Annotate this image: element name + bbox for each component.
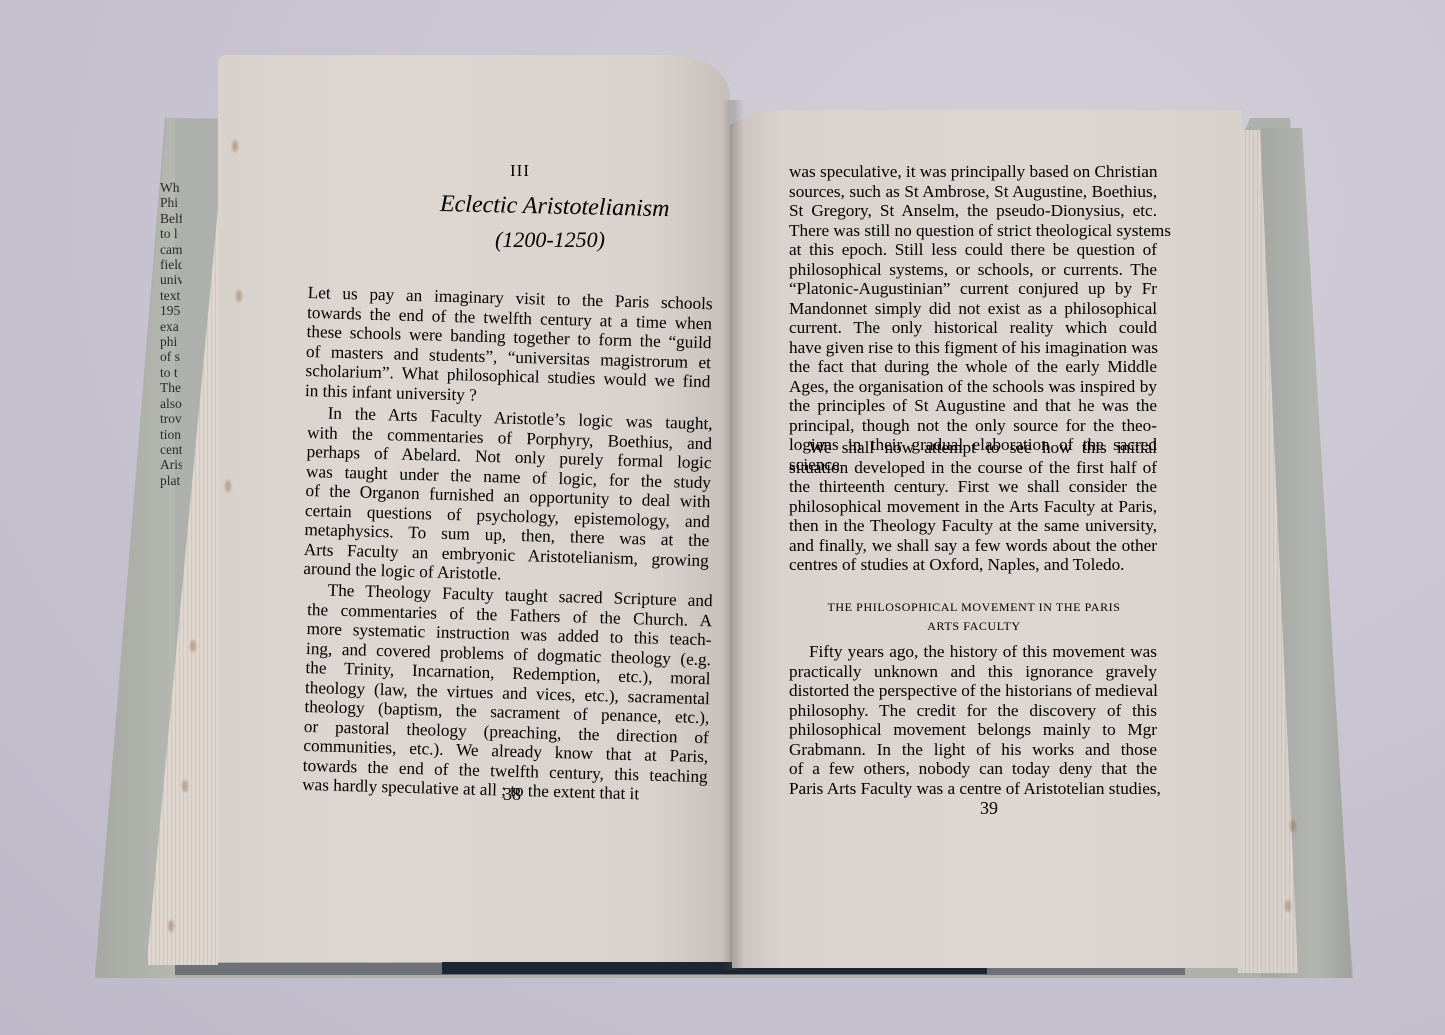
book-gutter — [722, 100, 744, 970]
section-heading-line-1: THE PHILOSOPHICAL MOVEMENT IN THE PARIS — [790, 598, 1158, 617]
text-line: We shall now attempt to see how this ini… — [789, 438, 1157, 458]
text-line: Grabmann. In the light of his works and … — [789, 740, 1157, 760]
section-heading-line-2: ARTS FACULTY — [790, 617, 1158, 636]
text-line: then in the Theology Faculty at the same… — [789, 516, 1157, 536]
foxing-spot — [1285, 900, 1291, 912]
text-line: distorted the perspective of the histori… — [789, 681, 1157, 701]
text-line: principal, though not the only source fo… — [789, 416, 1157, 436]
flap-line: phi — [160, 334, 182, 349]
flap-line: exa — [160, 319, 182, 334]
jacket-flap-text: WhPhiBelfto lcamfieldunivtext195exaphiof… — [160, 180, 182, 488]
foxing-spot — [232, 140, 238, 152]
text-line: situation developed in the course of the… — [789, 458, 1157, 478]
page-number-right: 39 — [980, 798, 998, 819]
flap-line: Aris — [160, 457, 182, 472]
text-line: “Platonic-Augustinian” current conjured … — [789, 279, 1157, 299]
left-paragraph-1: Let us pay an imaginary visit to the Par… — [305, 283, 713, 411]
text-line: have given rise to this figment of his i… — [789, 338, 1157, 358]
foxing-spot — [182, 780, 188, 792]
text-line: philosophical movement belongs mainly to… — [789, 720, 1157, 740]
flap-line: also — [160, 396, 182, 411]
section-heading: THE PHILOSOPHICAL MOVEMENT IN THE PARIS … — [790, 598, 1158, 636]
flap-line: field — [160, 257, 182, 272]
left-paragraph-2: In the Arts Faculty Aristotle’s logic wa… — [303, 403, 713, 590]
flap-line: Wh — [160, 180, 182, 195]
text-line: and finally, we shall say a few words ab… — [789, 536, 1157, 556]
left-paragraph-3: The Theology Faculty taught sacred Scrip… — [302, 580, 713, 806]
flap-line: to t — [160, 365, 182, 380]
text-line: St Gregory, St Anselm, the pseudo-Dionys… — [789, 201, 1157, 221]
text-line: practically unknown and this ignorance g… — [789, 662, 1157, 682]
flap-line: trov — [160, 411, 182, 426]
text-line: Paris Arts Faculty was a centre of Arist… — [789, 779, 1157, 799]
text-line: philosophical movement in the Arts Facul… — [789, 497, 1157, 517]
flap-line: plat — [160, 473, 182, 488]
flap-line: Phi — [160, 195, 182, 210]
text-line: at this epoch. Still less could there be… — [789, 240, 1157, 260]
flap-line: 195 — [160, 303, 182, 318]
flap-line: tion — [160, 427, 182, 442]
page-number-left: 38 — [503, 784, 521, 805]
text-line: Mandonnet simply did not exist as a phil… — [789, 299, 1157, 319]
flap-line: univ — [160, 272, 182, 287]
text-line: There was still no question of strict th… — [789, 221, 1157, 241]
text-line: philosophy. The credit for the discovery… — [789, 701, 1157, 721]
flap-line: Belf — [160, 211, 182, 226]
text-line: centres of studies at Oxford, Naples, an… — [789, 555, 1157, 575]
right-paragraph-1: was speculative, it was principally base… — [789, 162, 1157, 474]
flap-line: of s — [160, 349, 182, 364]
photo-scene: WhPhiBelfto lcamfieldunivtext195exaphiof… — [0, 0, 1445, 1035]
chapter-dates: (1200-1250) — [495, 227, 605, 253]
text-line: the fact that during the whole of the ea… — [789, 357, 1157, 377]
right-paragraph-3: Fifty years ago, the history of this mov… — [789, 642, 1157, 798]
foxing-spot — [225, 480, 231, 492]
foxing-spot — [236, 290, 242, 302]
text-line: the principles of St Augustine and that … — [789, 396, 1157, 416]
foxing-spot — [1290, 820, 1296, 832]
chapter-title: Eclectic Aristotelianism — [440, 191, 670, 223]
flap-line: cent — [160, 442, 182, 457]
flap-line: to l — [160, 226, 182, 241]
text-line: current. The only historical reality whi… — [789, 318, 1157, 338]
text-line: Ages, the organisation of the schools wa… — [789, 377, 1157, 397]
flap-line: text — [160, 288, 182, 303]
text-line: the thirteenth century. First we shall c… — [789, 477, 1157, 497]
text-line: of a few others, nobody can today deny t… — [789, 759, 1157, 779]
text-line: philosophical systems, or schools, or cu… — [789, 260, 1157, 280]
text-line: sources, such as St Ambrose, St Augustin… — [789, 182, 1157, 202]
chapter-number: III — [510, 161, 530, 181]
foxing-spot — [190, 640, 196, 652]
right-paragraph-2: We shall now attempt to see how this ini… — [789, 438, 1157, 575]
text-line: was speculative, it was principally base… — [789, 162, 1157, 182]
flap-line: The — [160, 380, 182, 395]
foxing-spot — [168, 920, 174, 932]
flap-line: cam — [160, 242, 182, 257]
text-line: Fifty years ago, the history of this mov… — [789, 642, 1157, 662]
